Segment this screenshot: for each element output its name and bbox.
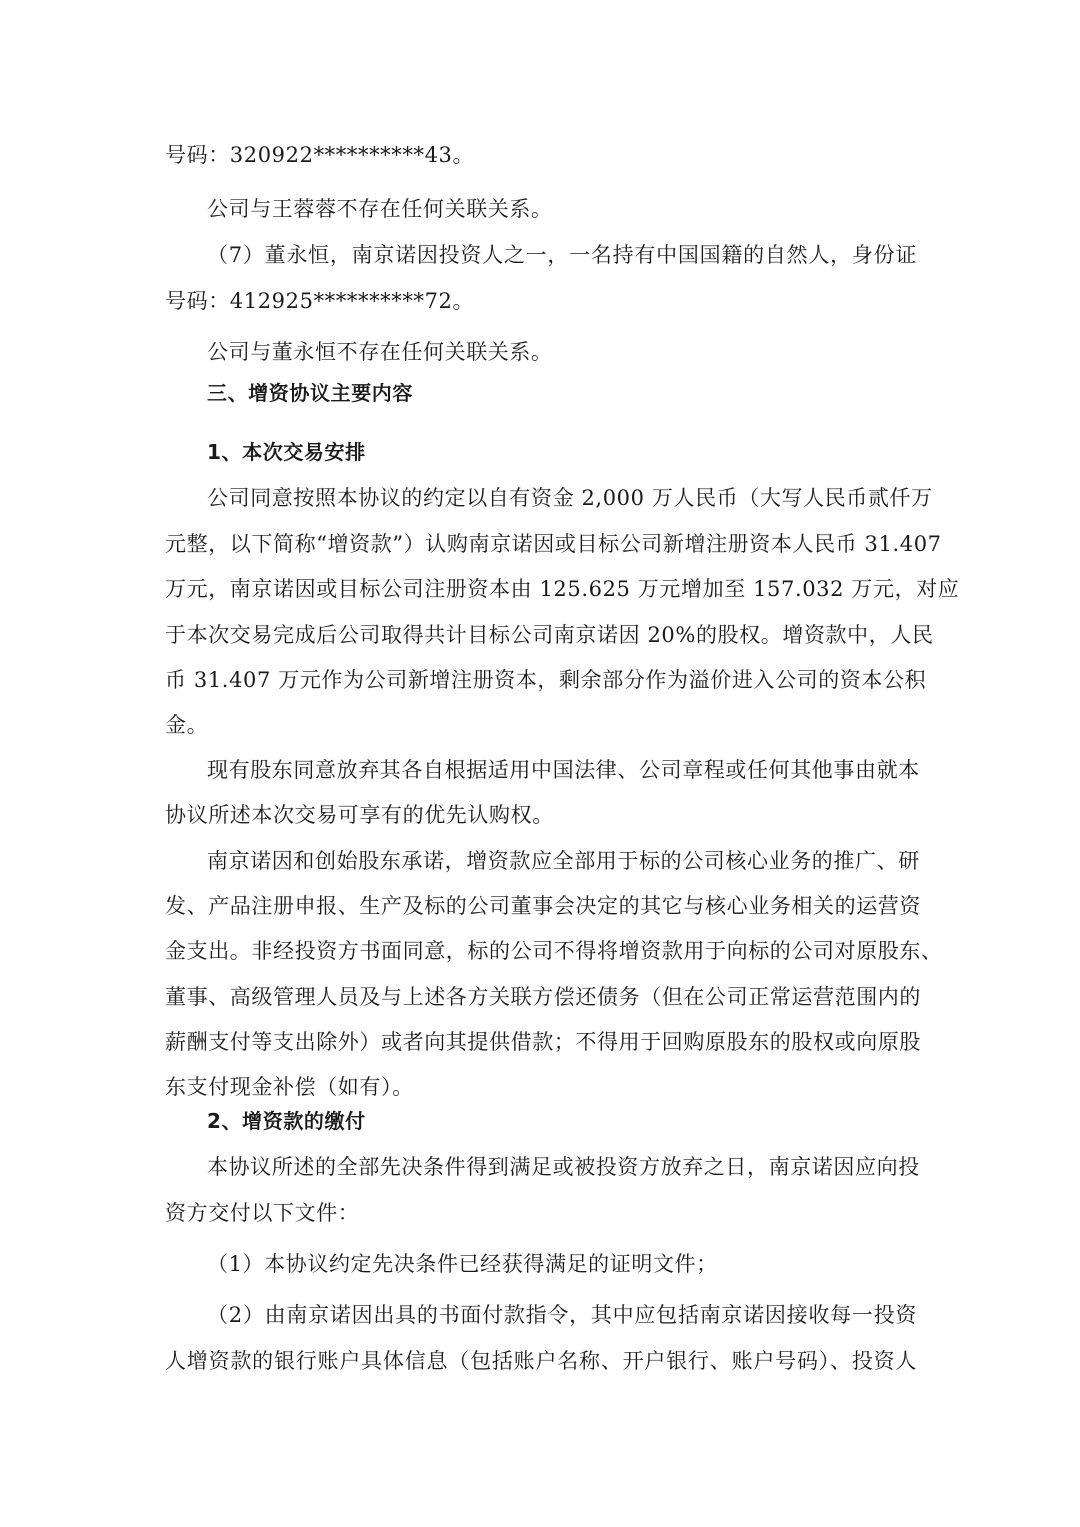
text-line: 金。 <box>165 710 917 740</box>
text-line: 公司同意按照本协议的约定以自有资金 2,000 万人民币（大写人民币贰仟万 <box>207 483 917 513</box>
text-line: 南京诺因和创始股东承诺，增资款应全部用于标的公司核心业务的推广、研 <box>207 846 917 876</box>
text-line: 薪酬支付等支出除外）或者向其提供借款；不得用于回购原股东的股权或向原股 <box>165 1027 917 1057</box>
text-line: 公司与董永恒不存在任何关联关系。 <box>207 337 917 367</box>
text-line: 东支付现金补偿（如有）。 <box>165 1072 917 1102</box>
section-heading: 2、增资款的缴付 <box>207 1106 917 1136</box>
text-line: 本协议所述的全部先决条件得到满足或被投资方放弃之日，南京诺因应向投 <box>207 1152 917 1182</box>
section-heading: 1、本次交易安排 <box>207 437 917 467</box>
text-line: 于本次交易完成后公司取得共计目标公司南京诺因 20%的股权。增资款中，人民 <box>165 620 917 650</box>
text-line: （1）本协议约定先决条件已经获得满足的证明文件； <box>207 1249 917 1279</box>
text-line: 币 31.407 万元作为公司新增注册资本，剩余部分作为溢价进入公司的资本公积 <box>165 665 917 695</box>
text-line: 董事、高级管理人员及与上述各方关联方偿还债务（但在公司正常运营范围内的 <box>165 982 917 1012</box>
text-line: 协议所述本次交易可享有的优先认购权。 <box>165 800 917 830</box>
text-line: 公司与王蓉蓉不存在任何关联关系。 <box>207 194 917 224</box>
text-line: 现有股东同意放弃其各自根据适用中国法律、公司章程或任何其他事由就本 <box>207 755 917 785</box>
document-page: 号码：320922**********43。公司与王蓉蓉不存在任何关联关系。（7… <box>0 0 1080 1527</box>
text-line: （7）董永恒，南京诺因投资人之一，一名持有中国国籍的自然人，身份证 <box>207 240 917 270</box>
text-line: 号码：412925**********72。 <box>165 286 917 316</box>
text-line: 人增资款的银行账户具体信息（包括账户名称、开户银行、账户号码）、投资人 <box>165 1346 917 1376</box>
text-line: 元整，以下简称“增资款”）认购南京诺因或目标公司新增注册资本人民币 31.407 <box>165 529 917 559</box>
text-line: 号码：320922**********43。 <box>165 140 917 170</box>
text-line: 发、产品注册申报、生产及标的公司董事会决定的其它与核心业务相关的运营资 <box>165 891 917 921</box>
text-line: （2）由南京诺因出具的书面付款指令，其中应包括南京诺因接收每一投资 <box>207 1300 917 1330</box>
text-line: 资方交付以下文件： <box>165 1198 917 1228</box>
text-line: 金支出。非经投资方书面同意，标的公司不得将增资款用于向标的公司对原股东、 <box>165 936 917 966</box>
text-line: 万元，南京诺因或目标公司注册资本由 125.625 万元增加至 157.032 … <box>165 574 917 604</box>
section-heading: 三、增资协议主要内容 <box>207 378 917 408</box>
